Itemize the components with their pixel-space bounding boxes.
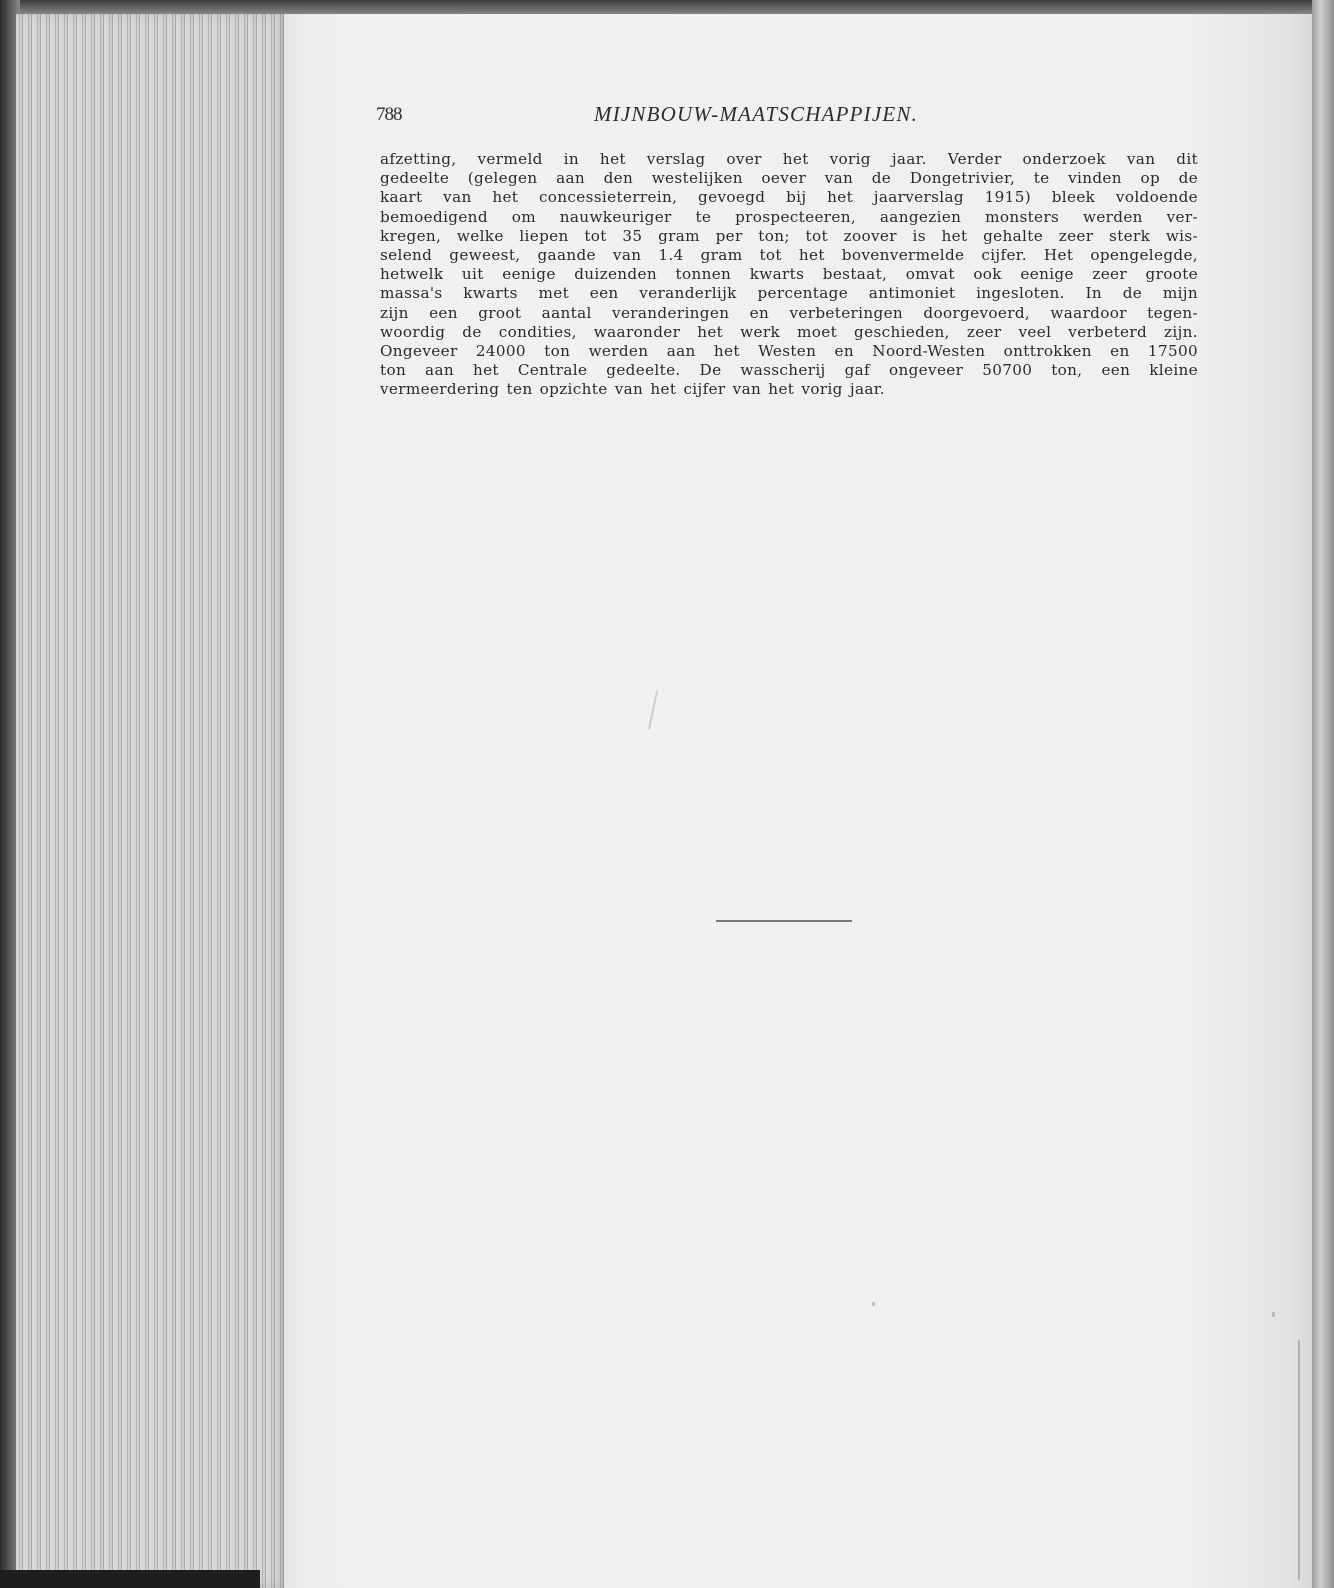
text-line: woordig de condities, waaronder het werk… [380, 323, 1198, 342]
text-line: Ongeveer 24000 ton werden aan het Westen… [380, 342, 1198, 361]
running-head: 788 MIJNBOUW-MAATSCHAPPIJEN. [376, 100, 1206, 130]
page-crease [1298, 1340, 1300, 1580]
text-line: massa's kwarts met een veranderlijk perc… [380, 284, 1198, 303]
paper-blemish [872, 1302, 875, 1306]
page-stack-edges [16, 14, 288, 1588]
body-paragraph: afzetting, vermeld in het verslag over h… [380, 150, 1198, 400]
running-title: MIJNBOUW-MAATSCHAPPIJEN. [594, 102, 918, 127]
section-end-rule [716, 920, 852, 922]
text-line: selend geweest, gaande van 1.4 gram tot … [380, 246, 1198, 265]
book-bottom-shadow [0, 1570, 260, 1588]
paper-blemish [1272, 1312, 1275, 1317]
text-line: gedeelte (gelegen aan den westelijken oe… [380, 169, 1198, 188]
text-line: zijn een groot aantal veranderingen en v… [380, 304, 1198, 323]
text-line: bemoedigend om nauwkeuriger te prospecte… [380, 208, 1198, 227]
text-line: kregen, welke liepen tot 35 gram per ton… [380, 227, 1198, 246]
text-line: vermeerdering ten opzichte van het cijfe… [380, 380, 1198, 399]
text-line: afzetting, vermeld in het verslag over h… [380, 150, 1198, 169]
text-line: ton aan het Centrale gedeelte. De wassch… [380, 361, 1198, 380]
text-line: hetwelk uit eenige duizenden tonnen kwar… [380, 265, 1198, 284]
text-line: kaart van het concessieterrein, gevoegd … [380, 188, 1198, 207]
page-number: 788 [376, 104, 402, 126]
page-right-edge [1312, 0, 1334, 1588]
